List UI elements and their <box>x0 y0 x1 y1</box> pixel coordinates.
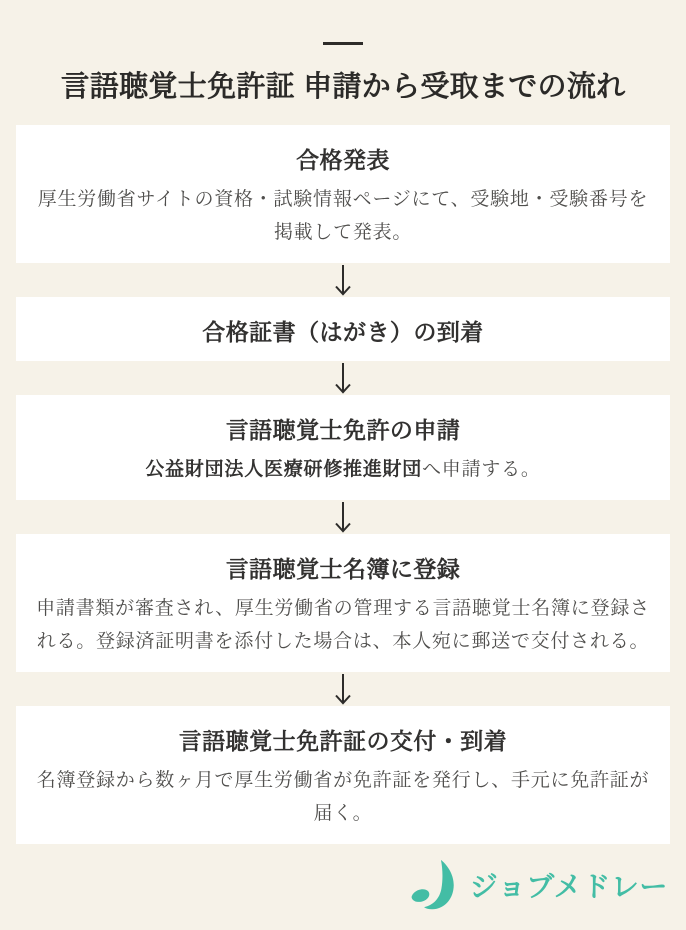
step-body-bold: 公益財団法人医療研修推進財団 <box>145 459 422 480</box>
flow-arrow <box>16 500 670 534</box>
flow-step-registry-registration: 言語聴覚士名簿に登録 申請書類が審査され、厚生労働省の管理する言語聴覚士名簿に登… <box>16 534 670 672</box>
step-body: 名簿登録から数ヶ月で厚生労働省が免許証を発行し、手元に免許証が届く。 <box>33 764 653 830</box>
flow-step-license-application: 言語聴覚士免許の申請 公益財団法人医療研修推進財団へ申請する。 <box>16 395 670 500</box>
step-body: 申請書類が審査され、厚生労働省の管理する言語聴覚士名簿に登録される。登録済証明書… <box>33 592 653 658</box>
footer-brand: ジョブメドレー <box>0 858 686 912</box>
step-heading: 言語聴覚士免許の申請 <box>33 415 653 445</box>
step-body: 公益財団法人医療研修推進財団へ申請する。 <box>33 453 653 486</box>
page-title: 言語聴覚士免許証 申請から受取までの流れ <box>0 70 686 104</box>
down-arrow-icon <box>334 673 352 705</box>
down-arrow-icon <box>334 362 352 394</box>
jobmedley-wordmark: ジョブメドレー <box>470 865 668 905</box>
header: 言語聴覚士免許証 申請から受取までの流れ <box>0 0 686 104</box>
flow-arrow <box>16 263 670 297</box>
flow-step-license-delivery: 言語聴覚士免許証の交付・到着 名簿登録から数ヶ月で厚生労働省が免許証を発行し、手… <box>16 706 670 844</box>
jobmedley-crescent-icon <box>408 858 460 912</box>
flow-step-pass-announcement: 合格発表 厚生労働省サイトの資格・試験情報ページにて、受験地・受験番号を掲載して… <box>16 125 670 263</box>
flow-step-certificate-arrival: 合格証書（はがき）の到着 <box>16 297 670 361</box>
step-heading: 言語聴覚士免許証の交付・到着 <box>33 726 653 756</box>
flow-arrow <box>16 361 670 395</box>
step-heading: 合格発表 <box>33 145 653 175</box>
infographic-page: 言語聴覚士免許証 申請から受取までの流れ 合格発表 厚生労働省サイトの資格・試験… <box>0 0 686 930</box>
step-body-rest: へ申請する。 <box>422 459 541 480</box>
flow-arrow <box>16 672 670 706</box>
flow-diagram: 合格発表 厚生労働省サイトの資格・試験情報ページにて、受験地・受験番号を掲載して… <box>16 125 670 844</box>
step-heading: 合格証書（はがき）の到着 <box>33 317 653 347</box>
step-body: 厚生労働省サイトの資格・試験情報ページにて、受験地・受験番号を掲載して発表。 <box>33 183 653 249</box>
step-heading: 言語聴覚士名簿に登録 <box>33 554 653 584</box>
title-accent-line <box>323 42 363 45</box>
down-arrow-icon <box>334 501 352 533</box>
down-arrow-icon <box>334 264 352 296</box>
